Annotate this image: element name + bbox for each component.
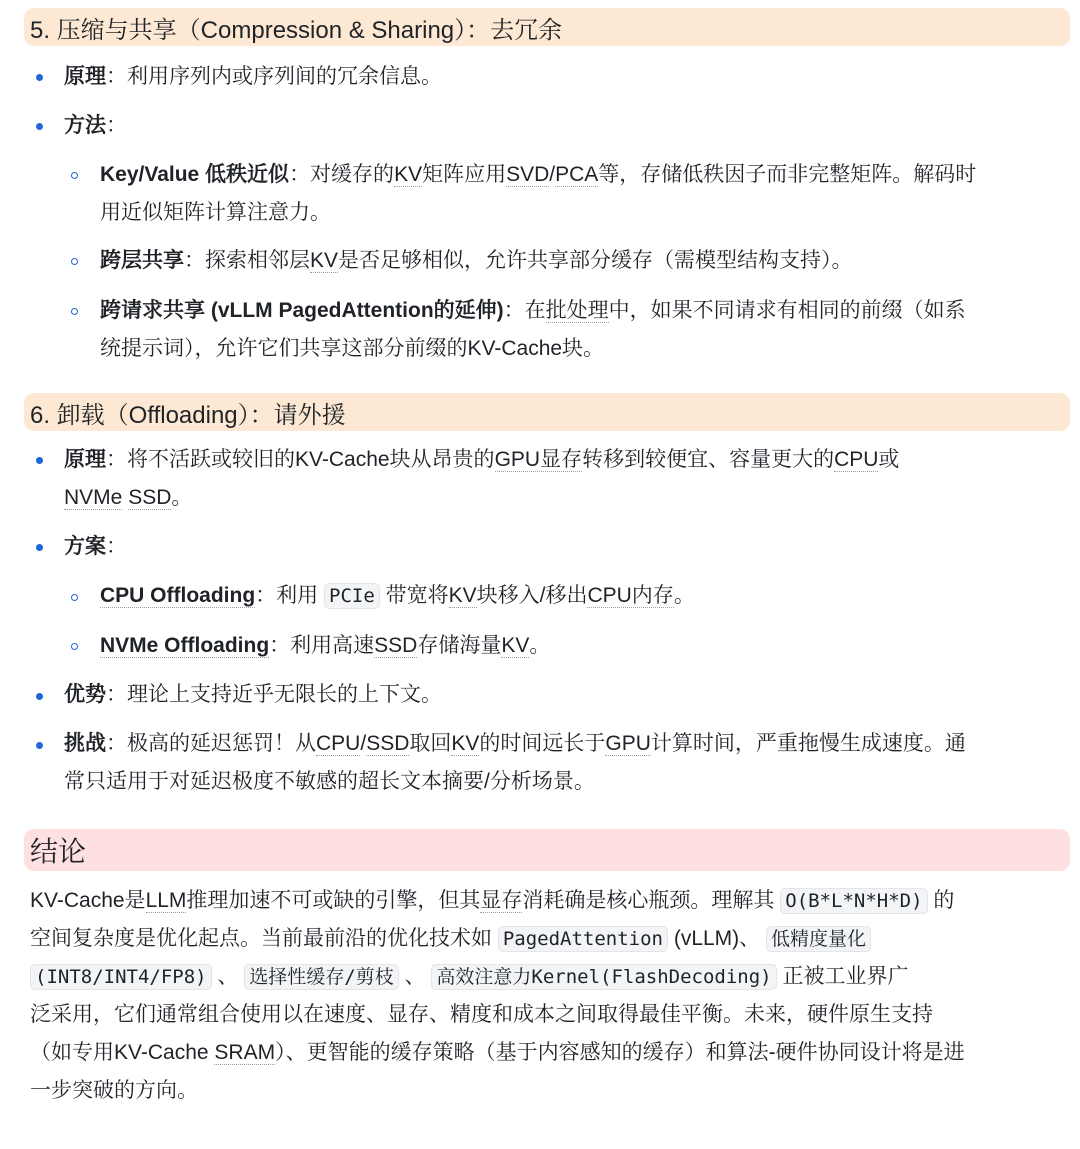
list-item-challenge: 挑战：极高的延迟惩罚！从CPU/SSD取回KV的时间远长于GPU计算时间，严重拖…	[64, 725, 966, 763]
bullet-dot	[36, 693, 43, 700]
inline-code: PagedAttention	[498, 926, 668, 952]
conclusion-title: 结论	[30, 830, 86, 870]
list-item-challenge-cont: 常只适用于对延迟极度不敏感的超长文本摘要/分析场景。	[64, 763, 595, 801]
list-item-cpu-offloading: CPU Offloading：利用 PCIe 带宽将KV块移入/移出CPU内存。	[100, 577, 695, 615]
list-item-crosslayer: 跨层共享：探索相邻层KV是否足够相似，允许共享部分缓存（需模型结构支持）。	[100, 242, 853, 280]
section6-title: 6. 卸载（Offloading）：请外援	[30, 395, 346, 430]
list-item-lowrank-cont: 用近似矩阵计算注意力。	[100, 194, 331, 232]
list-item-lowrank: Key/Value 低秩近似：对缓存的KV矩阵应用SVD/PCA等，存储低秩因子…	[100, 156, 976, 194]
bullet-dot	[36, 74, 43, 81]
inline-code: 选择性缓存/剪枝	[244, 964, 398, 990]
section6-heading: 6. 卸载（Offloading）：请外援	[24, 393, 1070, 431]
list-item-crossrequest-cont: 统提示词），允许它们共享这部分前缀的KV-Cache块。	[100, 330, 604, 368]
bullet-ring	[71, 594, 78, 601]
list-item-advantage: 优势：理论上支持近乎无限长的上下文。	[64, 676, 442, 714]
conclusion-line-4: 泛采用，它们通常组合使用以在速度、显存、精度和成本之间取得最佳平衡。未来，硬件原…	[30, 996, 933, 1034]
section5-title: 5. 压缩与共享（Compression & Sharing）：去冗余	[30, 10, 562, 45]
bullet-ring	[71, 172, 78, 179]
conclusion-line-1: KV-Cache是LLM推理加速不可或缺的引擎，但其显存消耗确是核心瓶颈。理解其…	[30, 882, 954, 920]
conclusion-line-2: 空间复杂度是优化起点。当前最前沿的优化技术如 PagedAttention (v…	[30, 920, 871, 958]
list-item-principle: 原理：将不活跃或较旧的KV-Cache块从昂贵的GPU显存转移到较便宜、容量更大…	[64, 441, 899, 479]
conclusion-line-3: (INT8/INT4/FP8) 、 选择性缓存/剪枝 、 高效注意力Kernel…	[30, 958, 908, 996]
inline-code: 高效注意力Kernel(FlashDecoding)	[431, 964, 776, 990]
bullet-dot	[36, 544, 43, 551]
list-item-nvme-offloading: NVMe Offloading：利用高速SSD存储海量KV。	[100, 627, 550, 665]
bullet-dot	[36, 123, 43, 130]
list-item-crossrequest: 跨请求共享 (vLLM PagedAttention的延伸)：在批处理中，如果不…	[100, 292, 966, 330]
bullet-dot	[36, 457, 43, 464]
inline-code: (INT8/INT4/FP8)	[30, 964, 212, 990]
section5-heading: 5. 压缩与共享（Compression & Sharing）：去冗余	[24, 8, 1070, 46]
list-item-methods: 方法：	[64, 107, 127, 145]
list-item-plan: 方案：	[64, 528, 127, 566]
bullet-ring	[71, 308, 78, 315]
bullet-ring	[71, 643, 78, 650]
conclusion-heading: 结论	[24, 829, 1070, 871]
list-item-principle-cont: NVMe SSD。	[64, 479, 192, 517]
bullet-dot	[36, 742, 43, 749]
list-item-principle: 原理：利用序列内或序列间的冗余信息。	[64, 58, 442, 96]
conclusion-line-6: 一步突破的方向。	[30, 1072, 198, 1110]
inline-code: 低精度量化	[766, 926, 871, 952]
conclusion-line-5: （如专用KV-Cache SRAM）、更智能的缓存策略（基于内容感知的缓存）和算…	[30, 1034, 965, 1072]
bullet-ring	[71, 258, 78, 265]
inline-code: O(B*L*N*H*D)	[780, 888, 927, 914]
